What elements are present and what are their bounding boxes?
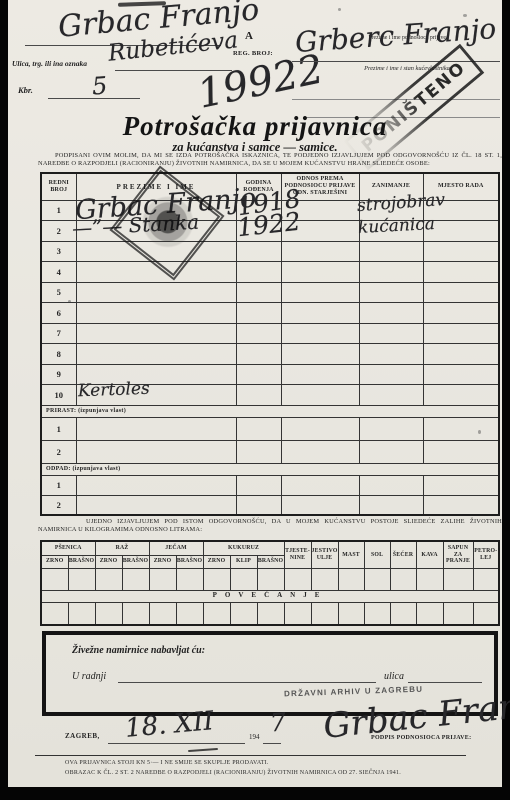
cell-year	[236, 417, 281, 440]
cell-place	[423, 323, 499, 344]
handwritten-member2-occupation: kućanica	[358, 216, 436, 237]
supply-cell	[257, 568, 284, 590]
supply-cell	[95, 568, 122, 590]
row-number: 9	[41, 364, 76, 385]
row-number: 5	[41, 282, 76, 303]
cell-relation	[281, 241, 359, 262]
cell-occupation	[359, 417, 423, 440]
supply-cell	[230, 602, 257, 625]
cell-year	[236, 364, 281, 385]
cell-name	[76, 344, 236, 365]
odpad-band: ODPAD: (izpunjava vlast)	[41, 463, 499, 475]
cell-occupation	[359, 364, 423, 385]
cell-relation	[281, 282, 359, 303]
row-number: 1	[41, 475, 76, 495]
cell-occupation	[359, 495, 423, 515]
supply-cell	[68, 602, 95, 625]
shop-label: U radnji	[72, 671, 106, 682]
col-jestivo-ulje: JESTIVO ULJE	[311, 541, 338, 568]
row-number: 4	[41, 262, 76, 283]
group-jecam: JEČAM	[149, 541, 203, 555]
subcol-zrno: ZRNO	[149, 555, 176, 568]
cell-relation	[281, 417, 359, 440]
cell-year	[236, 495, 281, 515]
legal-note: OBRAZAC K ČL. 2 ST. 2 NAREDBE O RAZPODJE…	[65, 770, 401, 776]
year-prefix: 194	[249, 734, 260, 742]
food-supplies-table: PŠENICA RAŽ JEČAM KUKURUZ TJESTE-NINE JE…	[40, 540, 500, 626]
cell-place	[423, 303, 499, 324]
col-petrolej: PETRO-LEJ	[473, 541, 499, 568]
cell-occupation	[359, 344, 423, 365]
pen-stroke	[188, 748, 218, 752]
col-sol: SOL	[364, 541, 390, 568]
supply-cell	[122, 568, 149, 590]
cell-year	[236, 323, 281, 344]
row-number: 8	[41, 344, 76, 365]
col-header-redni-broj: REDNI BROJ	[41, 173, 76, 200]
povecanje-band: POVEĆANJE	[41, 590, 499, 602]
subcol-brasno: BRAŠNO	[176, 555, 203, 568]
prirast-band: PRIRAST: (izpunjava vlast)	[41, 405, 499, 417]
cell-relation	[281, 495, 359, 515]
supply-cell	[203, 568, 230, 590]
subcol-zrno: ZRNO	[41, 555, 68, 568]
form-paper: Grbac Franjo Rubetićeva Ulica, trg. ili …	[8, 0, 502, 787]
shop-street-label: ulica	[384, 671, 404, 682]
supply-cell	[149, 602, 176, 625]
subcol-brasno: BRAŠNO	[68, 555, 95, 568]
street-label: Ulica, trg. ili ina oznaka	[12, 60, 87, 68]
supply-cell	[338, 568, 364, 590]
supply-cell	[41, 568, 68, 590]
cell-name	[76, 417, 236, 440]
cell-place	[423, 241, 499, 262]
cell-name	[76, 282, 236, 303]
supply-cell	[230, 568, 257, 590]
supply-cell	[473, 602, 499, 625]
cell-year	[236, 344, 281, 365]
supply-cell	[149, 568, 176, 590]
cell-place	[423, 385, 499, 406]
section-letter: A	[245, 30, 253, 42]
cell-relation	[281, 344, 359, 365]
cell-relation	[281, 475, 359, 495]
cell-occupation	[359, 241, 423, 262]
cell-name	[76, 303, 236, 324]
supply-cell	[284, 602, 311, 625]
row-number: 3	[41, 241, 76, 262]
cell-place	[423, 440, 499, 463]
supply-cell	[122, 602, 149, 625]
year-fill-line	[263, 743, 281, 744]
supply-cell	[176, 602, 203, 625]
cell-name	[76, 495, 236, 515]
footer-rule	[35, 755, 466, 756]
supply-cell	[95, 602, 122, 625]
supply-cell	[176, 568, 203, 590]
subcol-klip: KLIP	[230, 555, 257, 568]
supply-cell	[311, 568, 338, 590]
supply-cell	[416, 602, 443, 625]
supply-cell	[257, 602, 284, 625]
row-number: 2	[41, 440, 76, 463]
supply-cell	[41, 602, 68, 625]
price-note: OVA PRIJAVNICA STOJI KN 5·— I NE SMIJE S…	[65, 760, 269, 766]
row-number: 6	[41, 303, 76, 324]
subcol-brasno: BRAŠNO	[257, 555, 284, 568]
supply-cell	[473, 568, 499, 590]
cell-place	[423, 344, 499, 365]
cell-year	[236, 282, 281, 303]
cell-year	[236, 303, 281, 324]
cell-year	[236, 241, 281, 262]
cell-relation	[281, 323, 359, 344]
group-kukuruz: KUKURUZ	[203, 541, 284, 555]
subcol-brasno: BRAŠNO	[122, 555, 149, 568]
cell-occupation	[359, 262, 423, 283]
cell-place	[423, 475, 499, 495]
supply-cell	[338, 602, 364, 625]
cell-name	[76, 440, 236, 463]
paper-speck	[338, 8, 341, 11]
row-number: 10	[41, 385, 76, 406]
cell-occupation	[359, 282, 423, 303]
row-number: 7	[41, 323, 76, 344]
handwritten-date: 18. XII	[124, 708, 215, 742]
cell-relation	[281, 303, 359, 324]
cell-place	[423, 417, 499, 440]
supply-cell	[443, 602, 473, 625]
cell-year	[236, 475, 281, 495]
row-number: 2	[41, 221, 76, 242]
cell-relation	[281, 440, 359, 463]
cell-name	[76, 323, 236, 344]
subcol-zrno: ZRNO	[95, 555, 122, 568]
row-number: 1	[41, 417, 76, 440]
handwritten-year-digit: 7	[269, 709, 287, 735]
intro-paragraph: PODPISANI OVIM MOLIM, DA MI SE IZDA POTR…	[38, 152, 502, 168]
row-number: 2	[41, 495, 76, 515]
shop-fill-line	[118, 682, 376, 683]
cell-place	[423, 262, 499, 283]
cell-place	[423, 364, 499, 385]
cell-occupation	[359, 323, 423, 344]
cell-occupation	[359, 385, 423, 406]
supply-cell	[390, 568, 416, 590]
cell-year	[236, 262, 281, 283]
supply-cell	[311, 602, 338, 625]
col-mast: MAST	[338, 541, 364, 568]
cell-occupation	[359, 440, 423, 463]
cell-place	[423, 495, 499, 515]
cell-place	[423, 282, 499, 303]
supply-cell	[364, 602, 390, 625]
supply-cell	[390, 602, 416, 625]
col-secer: ŠEĆER	[390, 541, 416, 568]
cell-occupation	[359, 303, 423, 324]
scanned-document: Grbac Franjo Rubetićeva Ulica, trg. ili …	[0, 0, 510, 800]
group-psenica: PŠENICA	[41, 541, 95, 555]
city-label: ZAGREB,	[65, 733, 100, 741]
supply-cell	[416, 568, 443, 590]
cell-name	[76, 475, 236, 495]
handwritten-member2-year: 1922	[236, 209, 302, 241]
supply-cell	[203, 602, 230, 625]
cell-year	[236, 385, 281, 406]
archive-stamp: DRŽAVNI ARHIV U ZAGREBU	[284, 685, 423, 699]
procurement-intro: Živežne namirnice nabavljat ću:	[72, 645, 205, 656]
cell-relation	[281, 364, 359, 385]
col-kava: KAVA	[416, 541, 443, 568]
col-sapun: SAPUN ZA PRANJE	[443, 541, 473, 568]
cell-occupation	[359, 475, 423, 495]
handwritten-row10-note: Kertoles	[78, 381, 150, 400]
supply-cell	[284, 568, 311, 590]
shop-street-fill-line	[408, 682, 482, 683]
supply-cell	[68, 568, 95, 590]
house-number-label: Kbr.	[18, 86, 33, 95]
cell-year	[236, 440, 281, 463]
handwritten-house-number: 5	[91, 73, 108, 98]
group-raz: RAŽ	[95, 541, 149, 555]
supply-cell	[364, 568, 390, 590]
stock-declaration-paragraph: UJEDNO IZJAVLJUJEM POD ISTOM ODGOVORNOŠĆ…	[38, 518, 502, 534]
cell-relation	[281, 385, 359, 406]
subcol-zrno: ZRNO	[203, 555, 230, 568]
handwritten-reg-number: 19922	[194, 49, 327, 115]
cell-relation	[281, 262, 359, 283]
col-tjestenine: TJESTE-NINE	[284, 541, 311, 568]
supply-cell	[443, 568, 473, 590]
